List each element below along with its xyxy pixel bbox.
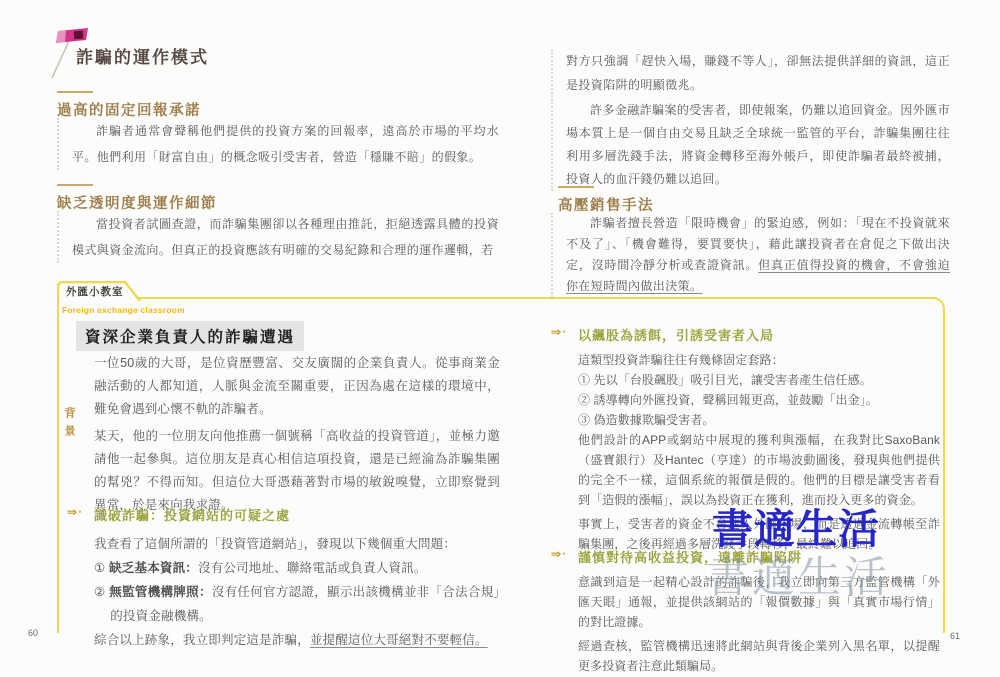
page-number-left: 60 <box>28 628 38 638</box>
detect-heading-text: 識破詐騙：投資網站的可疑之處 <box>94 508 290 523</box>
detect-lead: 我查看了這個所謂的「投資管道網站」，發現以下幾個重大問題： <box>94 532 500 556</box>
item-label: 缺乏基本資訊： <box>109 561 198 575</box>
lure-lead: 這類型投資詐騙往往有幾條固定套路： <box>578 350 940 370</box>
side-label-background: 背景 <box>61 407 77 443</box>
detect-heading: ⇒‧識破詐騙：投資網站的可疑之處 <box>94 505 500 524</box>
caution-heading-text: 謹慎對待高收益投資，遠離詐騙陷阱 <box>578 550 802 565</box>
detect-item-1: ① 缺乏基本資訊：沒有公司地址、聯絡電話或負責人資訊。 <box>94 556 500 580</box>
intro-paragraph-2: 某天，他的一位朋友向他推薦一個號稱「高收益的投資管道」，並極力邀請他一起參與。這… <box>94 425 500 517</box>
section-heading-pressure-sales: 高壓銷售手法 <box>558 194 654 215</box>
classroom-tab-label: 外匯小教室 <box>66 284 124 299</box>
classroom-box: 外匯小教室 Foreign exchange classroom 資深企業負責人… <box>57 297 945 633</box>
item-label: 無監管機構牌照： <box>109 585 211 599</box>
conclusion-text: 綜合以上跡象，我立即判定這是詐騙， <box>94 633 310 647</box>
item-text: 沒有公司地址、聯絡電話或負責人資訊。 <box>198 561 427 575</box>
lure-step-3: ③ 偽造數據欺騙受害者。 <box>578 410 940 430</box>
lure-heading-text: 以飆股為誘餌，引誘受害者入局 <box>578 328 774 343</box>
paragraph-victims: 許多金融詐騙案的受害者，即使報案，仍難以追回資金。因外匯市場本質上是一個自由交易… <box>551 99 950 191</box>
item-num: ① <box>94 561 105 575</box>
arrow-marker-icon: ⇒‧ <box>551 325 567 339</box>
lure-step-2: ② 誘導轉向外匯投資，聲稱回報更高，並鼓勵「出金」。 <box>578 390 940 410</box>
lure-step-1: ① 先以「台股飆股」吸引目光，讓受害者產生信任感。 <box>578 370 940 390</box>
page-number-right: 61 <box>950 631 960 641</box>
classroom-tab-subtitle: Foreign exchange classroom <box>62 305 185 315</box>
detect-conclusion: 綜合以上跡象，我立即判定這是詐騙，並提醒這位大哥絕對不要輕信。 <box>94 628 500 652</box>
caution-heading: ⇒‧謹慎對待高收益投資，遠離詐騙陷阱 <box>578 547 940 566</box>
section-heading-transparency: 缺乏透明度與運作細節 <box>57 192 217 213</box>
section-divider <box>57 91 93 93</box>
arrow-marker-icon: ⇒‧ <box>551 547 567 561</box>
detect-item-2: ② 無監管機構牌照：沒有任何官方認證，顯示出該機構並非「合法合規」的投資金融機構… <box>94 580 500 628</box>
caution-paragraph-1: 意識到這是一起精心設計的詐騙後，我立即向第三方監管機構「外匯天眼」通報，並提供該… <box>578 572 940 632</box>
conclusion-underlined: 並提醒這位大哥絕對不要輕信。 <box>310 633 488 647</box>
paragraph-fixed-returns: 詐騙者通常會聲稱他們提供的投資方案的回報率，遠高於市場的平均水平。他們利用「財富… <box>57 118 499 170</box>
classroom-title-wrap: 資深企業負責人的詐騙遭遇 <box>76 321 304 351</box>
section-heading-fixed-returns: 過高的固定回報承諾 <box>57 99 201 120</box>
book-spread: 詐騙的運作模式 過高的固定回報承諾 詐騙者通常會聲稱他們提供的投資方案的回報率，… <box>0 0 1000 677</box>
section-divider <box>57 184 93 186</box>
classroom-lure-section: ⇒‧以飆股為誘餌，引誘受害者入局 這類型投資詐騙往往有幾條固定套路： ① 先以「… <box>578 325 940 554</box>
arrow-marker-icon: ⇒‧ <box>67 505 83 519</box>
classroom-detect-section: ⇒‧識破詐騙：投資網站的可疑之處 我查看了這個所謂的「投資管道網站」，發現以下幾… <box>94 505 500 652</box>
lure-heading: ⇒‧以飆股為誘餌，引誘受害者入局 <box>578 325 940 344</box>
classroom-caution-section: ⇒‧謹慎對待高收益投資，遠離詐騙陷阱 意識到這是一起精心設計的詐騙後，我立即向第… <box>578 547 940 676</box>
classroom-title: 資深企業負責人的詐騙遭遇 <box>76 321 304 351</box>
intro-paragraph-1: 一位50歲的大哥，是位資歷豐富、交友廣闊的企業負責人。從事商業金融活動的人都知道… <box>94 352 500 421</box>
paragraph-pressure-sales: 詐騙者擅長營造「限時機會」的緊迫感，例如：「現在不投資就來不及了」、「機會難得，… <box>551 213 950 297</box>
classroom-left-intro: 一位50歲的大哥，是位資歷豐富、交友廣闊的企業負責人。從事商業金融活動的人都知道… <box>94 352 500 517</box>
paragraph-continuation: 對方只強調「趕快入場，賺錢不等人」，卻無法提供詳細的資訊，這正是投資陷阱的明顯徵… <box>551 49 950 97</box>
lure-paragraph-1: 他們設計的APP或網站中展現的獲利與漲幅，在我對比SaxoBank（盛寶銀行）及… <box>578 430 940 510</box>
paragraph-transparency: 當投資者試圖查證，而詐騙集團卻以各種理由推託，拒絕透露具體的投資模式與資金流向。… <box>57 211 499 263</box>
section-divider <box>558 186 594 188</box>
classroom-tab: 外匯小教室 <box>57 281 149 301</box>
item-num: ② <box>94 585 106 599</box>
page-title: 詐騙的運作模式 <box>76 43 209 68</box>
caution-paragraph-2: 經過查核，監管機構迅速將此網站與背後企業列入黑名單，以提醒更多投資者注意此類騙局… <box>578 636 940 676</box>
